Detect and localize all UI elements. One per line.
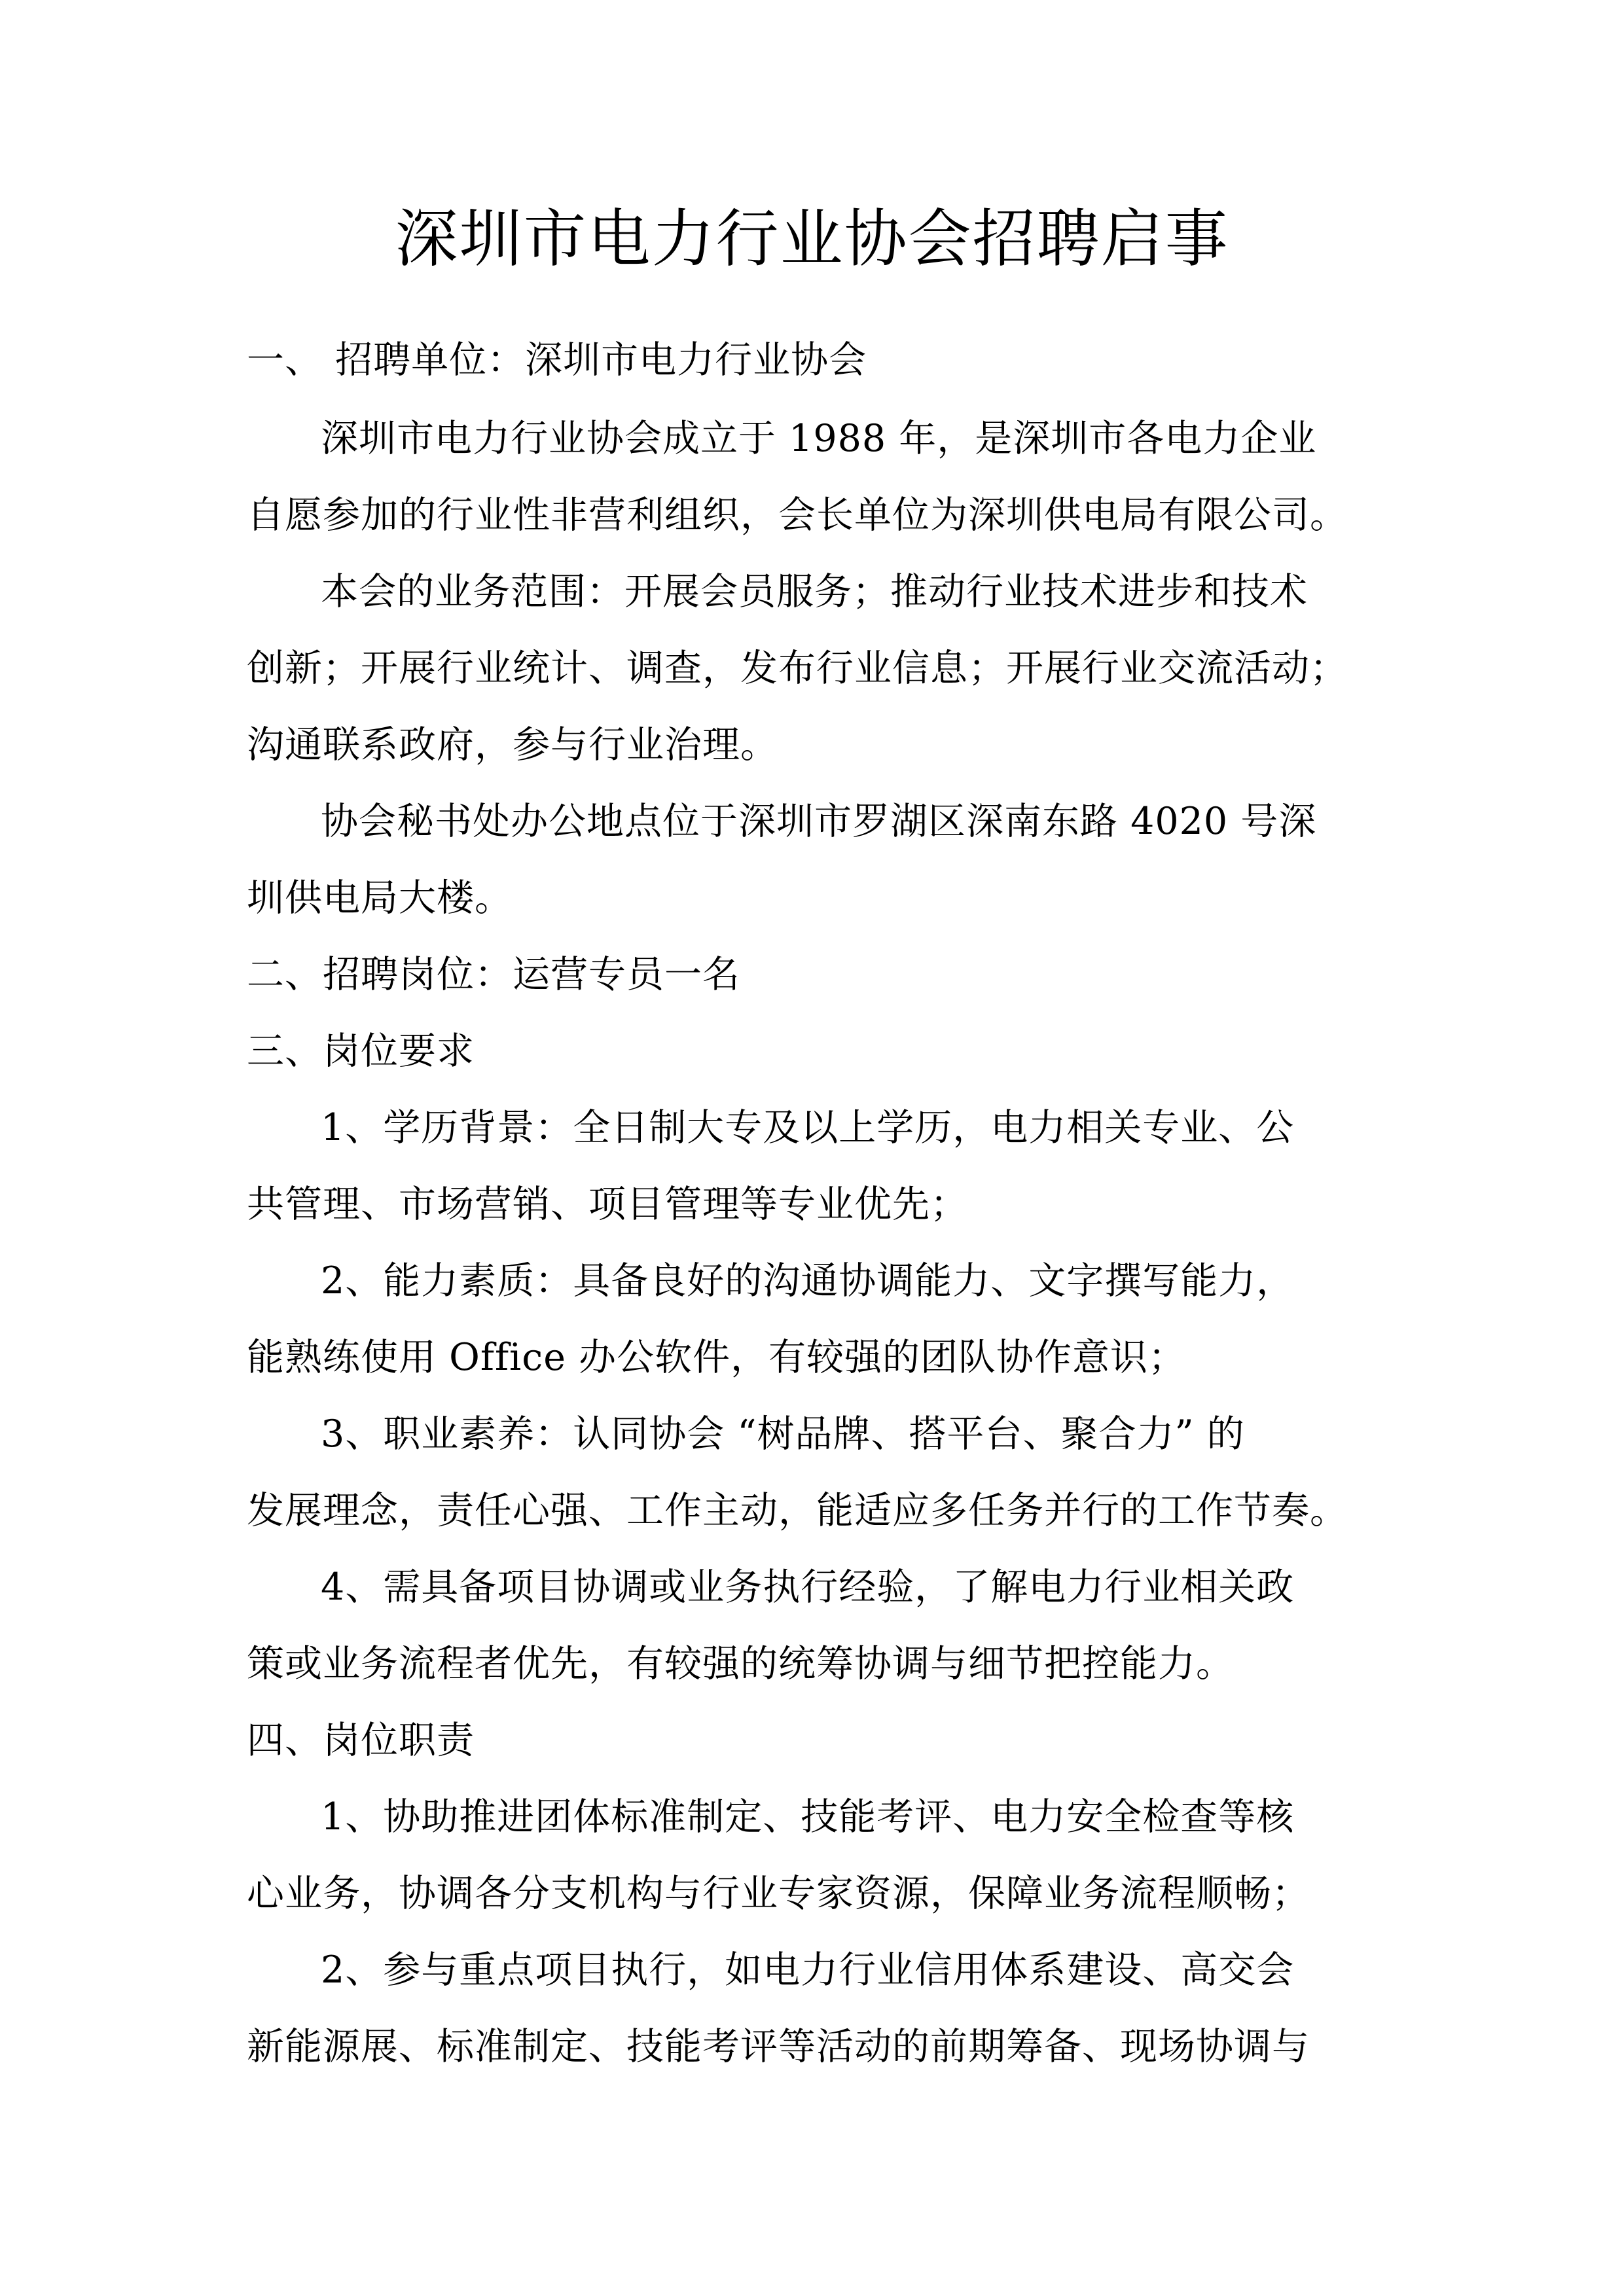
requirement-line: 策或业务流程者优先，有较强的统筹协调与细节把控能力。 bbox=[247, 1638, 1399, 1690]
requirement-line: 发展理念，责任心强、工作主动，能适应多任务并行的工作节奏。 bbox=[247, 1484, 1399, 1537]
duty-line: 2、参与重点项目执行，如电力行业信用体系建设、高交会 bbox=[321, 1944, 1473, 1996]
requirement-line: 4、需具备项目协调或业务执行经验，了解电力行业相关政 bbox=[321, 1561, 1473, 1613]
section-heading-recruiting-unit: 一、 招聘单位：深圳市电力行业协会 bbox=[247, 334, 1399, 386]
paragraph-line: 本会的业务范围：开展会员服务；推动行业技术进步和技术 bbox=[321, 565, 1473, 618]
section-heading-duties: 四、岗位职责 bbox=[247, 1714, 1399, 1767]
duty-line: 心业务，协调各分支机构与行业专家资源，保障业务流程顺畅； bbox=[247, 1867, 1399, 1920]
paragraph-line: 创新；开展行业统计、调查，发布行业信息；开展行业交流活动； bbox=[247, 642, 1399, 694]
section-heading-requirements: 三、岗位要求 bbox=[247, 1025, 1399, 1077]
paragraph-line: 沟通联系政府，参与行业治理。 bbox=[247, 719, 1399, 771]
requirement-line: 共管理、市场营销、项目管理等专业优先； bbox=[247, 1178, 1399, 1230]
paragraph-line: 协会秘书处办公地点位于深圳市罗湖区深南东路 4020 号深 bbox=[321, 795, 1473, 848]
duty-line: 新能源展、标准制定、技能考评等活动的前期筹备、现场协调与 bbox=[247, 2020, 1399, 2073]
page-title: 深圳市电力行业协会招聘启事 bbox=[0, 196, 1624, 281]
paragraph-line: 圳供电局大楼。 bbox=[247, 872, 1399, 924]
requirement-line: 2、能力素质：具备良好的沟通协调能力、文字撰写能力， bbox=[321, 1255, 1473, 1307]
document-page: 深圳市电力行业协会招聘启事 一、 招聘单位：深圳市电力行业协会 深圳市电力行业协… bbox=[0, 0, 1624, 2296]
requirement-line: 能熟练使用 Office 办公软件，有较强的团队协作意识； bbox=[247, 1331, 1399, 1384]
section-heading-position: 二、招聘岗位：运营专员一名 bbox=[247, 948, 1399, 1001]
paragraph-line: 深圳市电力行业协会成立于 1988 年，是深圳市各电力企业 bbox=[321, 412, 1473, 465]
paragraph-line: 自愿参加的行业性非营利组织，会长单位为深圳供电局有限公司。 bbox=[247, 489, 1399, 541]
duty-line: 1、协助推进团体标准制定、技能考评、电力安全检查等核 bbox=[321, 1791, 1473, 1843]
requirement-line: 1、学历背景：全日制大专及以上学历，电力相关专业、公 bbox=[321, 1102, 1473, 1154]
requirement-line: 3、职业素养：认同协会 “树品牌、搭平台、聚合力” 的 bbox=[321, 1408, 1473, 1460]
